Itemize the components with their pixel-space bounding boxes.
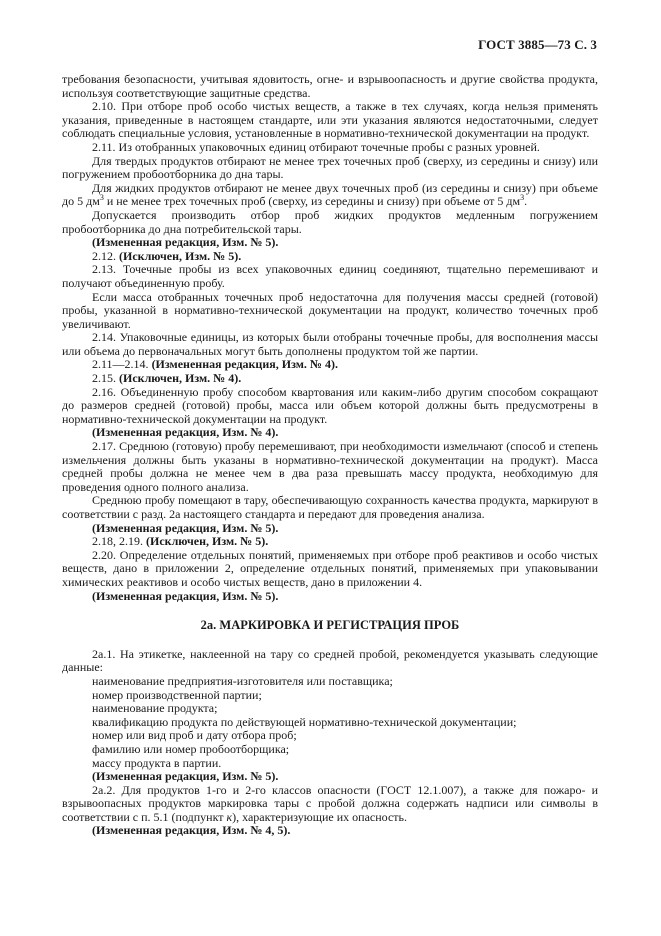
paragraph-2-12: 2.12. (Исключен, Изм. № 5). xyxy=(62,250,598,264)
list-item: массу продукта в партии. xyxy=(62,757,598,771)
amendment-note: (Исключен, Изм. № 5). xyxy=(119,249,241,263)
section-title: 2а. МАРКИРОВКА И РЕГИСТРАЦИЯ ПРОБ xyxy=(62,619,598,633)
paragraph-2-11: 2.11. Из отобранных упаковочных единиц о… xyxy=(62,141,598,155)
paragraph-2-16: 2.16. Объединенную пробу способом кварто… xyxy=(62,386,598,427)
paragraph-2-13-b: Если масса отобранных точечных проб недо… xyxy=(62,291,598,332)
amendment-note: (Измененная редакция, Изм. № 5). xyxy=(62,522,598,536)
clause-number: 2.18, 2.19. xyxy=(92,534,146,548)
amendment-note: (Измененная редакция, Изм. № 4). xyxy=(152,357,338,371)
list-item: квалификацию продукта по действующей нор… xyxy=(62,716,598,730)
text: и не менее трех точечных проб (сверху, и… xyxy=(104,194,520,208)
clause-number: 2.12. xyxy=(92,249,119,263)
list-item: наименование предприятия-изготовителя ил… xyxy=(62,675,598,689)
paragraph-2a-2: 2а.2. Для продуктов 1-го и 2-го классов … xyxy=(62,784,598,825)
paragraph-2-15: 2.15. (Исключен, Изм. № 4). xyxy=(62,372,598,386)
document-body: требования безопасности, учитывая ядовит… xyxy=(62,73,598,838)
label-data-list: наименование предприятия-изготовителя ил… xyxy=(62,675,598,770)
amendment-note: (Исключен, Изм. № 4). xyxy=(119,371,241,385)
amendment-note: (Измененная редакция, Изм. № 4, 5). xyxy=(62,824,598,838)
paragraph-2a-1: 2а.1. На этикетке, наклеенной на тару со… xyxy=(62,648,598,675)
paragraph-2-17-b: Среднюю пробу помещают в тару, обеспечив… xyxy=(62,494,598,521)
paragraph: требования безопасности, учитывая ядовит… xyxy=(62,73,598,100)
list-item: фамилию или номер пробоотборщика; xyxy=(62,743,598,757)
paragraph-2-14: 2.14. Упаковочные единицы, из которых бы… xyxy=(62,331,598,358)
amendment-note: (Измененная редакция, Изм. № 5). xyxy=(62,236,598,250)
amendment-note: (Измененная редакция, Изм. № 5). xyxy=(62,590,598,604)
paragraph-liquid-products: Для жидких продуктов отбирают не менее д… xyxy=(62,182,598,209)
clause-number: 2.11—2.14. xyxy=(92,357,152,371)
list-item: номер или вид проб и дату отбора проб; xyxy=(62,729,598,743)
document-page: ГОСТ 3885—73 С. 3 требования безопасност… xyxy=(0,0,661,936)
clause-number: 2.15. xyxy=(92,371,119,385)
paragraph-2-11-2-14: 2.11—2.14. (Измененная редакция, Изм. № … xyxy=(62,358,598,372)
list-item: наименование продукта; xyxy=(62,702,598,716)
paragraph-2-10: 2.10. При отборе проб особо чистых вещес… xyxy=(62,100,598,141)
paragraph-2-17: 2.17. Среднюю (готовую) пробу перемешива… xyxy=(62,440,598,494)
paragraph-solid-products: Для твердых продуктов отбирают не менее … xyxy=(62,155,598,182)
running-head: ГОСТ 3885—73 С. 3 xyxy=(478,37,597,53)
paragraph-allowed: Допускается производить отбор проб жидки… xyxy=(62,209,598,236)
list-item: номер производственной партии; xyxy=(62,689,598,703)
amendment-note: (Измененная редакция, Изм. № 5). xyxy=(62,770,598,784)
paragraph-2-13: 2.13. Точечные пробы из всех упаковочных… xyxy=(62,263,598,290)
amendment-note: (Измененная редакция, Изм. № 4). xyxy=(62,426,598,440)
text: ), характеризующие их опасность. xyxy=(232,810,407,824)
amendment-note: (Исключен, Изм. № 5). xyxy=(146,534,268,548)
text: . xyxy=(524,194,527,208)
paragraph-2-20: 2.20. Определение отдельных понятий, при… xyxy=(62,549,598,590)
paragraph-2-18-2-19: 2.18, 2.19. (Исключен, Изм. № 5). xyxy=(62,535,598,549)
